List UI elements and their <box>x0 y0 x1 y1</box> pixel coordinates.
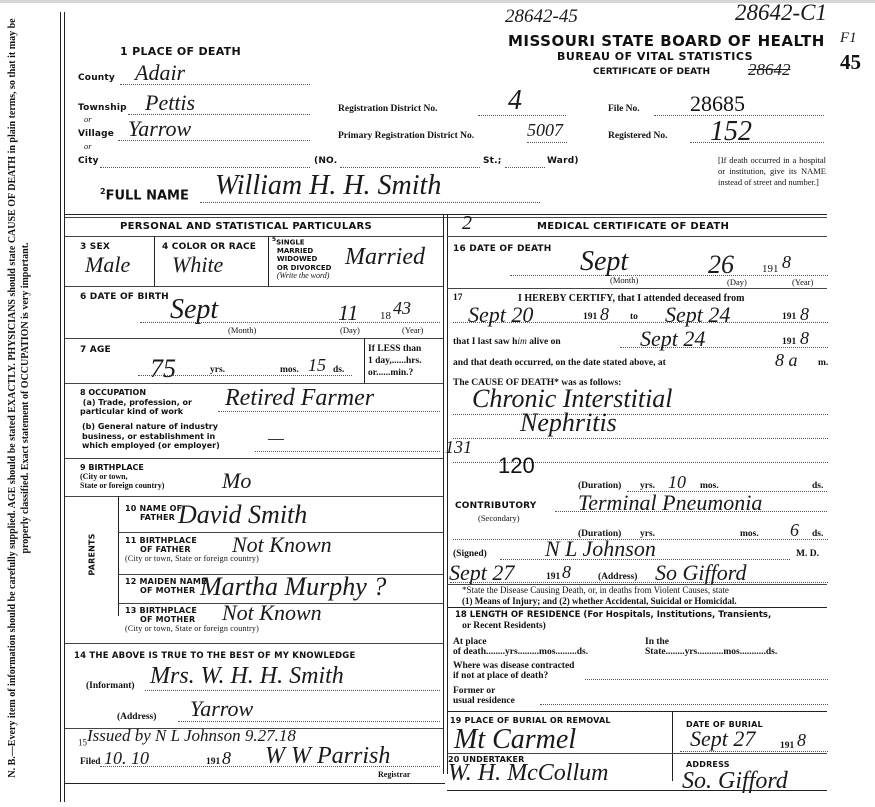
min-text: or......min.? <box>368 368 413 378</box>
race-value: White <box>172 252 223 278</box>
last-saw-label: that I last saw him alive on <box>453 337 561 347</box>
contrib-duration-mos: mos. <box>740 529 759 539</box>
burial-date-value: Sept 27 <box>690 726 755 752</box>
in-the-state: In theState........yrs...........mos....… <box>645 637 777 657</box>
burial-year: 8 <box>797 730 806 751</box>
mother-bp-1: 13 BIRTHPLACE <box>125 606 197 615</box>
divider <box>447 711 827 712</box>
informant-address-value: Yarrow <box>190 696 253 722</box>
death-time: 8 a <box>775 350 798 371</box>
undertaker-value: W. H. McCollum <box>448 760 608 787</box>
file-number-value: 28685 <box>690 91 745 117</box>
divider <box>447 288 827 289</box>
hospital-note: [If death occurred in a hospital or inst… <box>718 155 826 188</box>
informant-line <box>145 690 440 691</box>
city-line <box>100 167 310 168</box>
md-label: M. D. <box>796 549 819 559</box>
contrib-duration-ds: ds. <box>812 529 823 539</box>
ward-label: Ward) <box>547 156 579 166</box>
certify-number: 17 <box>453 293 463 303</box>
age-days: 15 <box>308 355 326 376</box>
residence-label: 18 LENGTH OF RESIDENCE (For Hospitals, I… <box>455 610 771 632</box>
mother-name-label: 12 MAIDEN NAME OF MOTHER <box>125 577 207 595</box>
former-residence: Former orusual residence <box>453 686 515 706</box>
registration-district-label: Registration District No. <box>338 104 437 114</box>
street-label: St.; <box>483 156 502 166</box>
burial-place-value: Mt Carmel <box>454 724 576 756</box>
struck-number: 28642 <box>748 60 791 80</box>
contributory-value: Terminal Pneumonia <box>578 490 762 516</box>
where-contracted: Where was disease contractedif not at pl… <box>453 661 574 681</box>
mother-label-2: OF MOTHER <box>140 586 195 595</box>
option-married: MARRIED <box>277 247 313 255</box>
divider <box>364 338 365 383</box>
signed-label: (Signed) <box>453 549 487 559</box>
signed-year-prefix: 191 <box>546 572 560 582</box>
registrar-signature: W W Parrish <box>265 743 390 770</box>
corner-number: 45 <box>840 50 861 75</box>
last-saw-text: that I last saw h <box>453 337 517 347</box>
cause-footnote: *State the Disease Causing Death, or, in… <box>462 585 737 606</box>
option-single: SINGLE <box>276 238 305 246</box>
township-value: Pettis <box>145 90 195 116</box>
death-date-label: 16 DATE OF DEATH <box>453 244 552 254</box>
medical-heading: MEDICAL CERTIFICATE OF DEATH <box>537 221 729 232</box>
mother-label-1: 12 MAIDEN NAME <box>125 577 207 586</box>
divider <box>268 236 269 286</box>
option-widowed: WIDOWED <box>277 255 317 263</box>
divider <box>65 236 443 237</box>
full-name-text: FULL NAME <box>106 188 189 203</box>
death-date-year: 8 <box>782 252 791 273</box>
attended-from: Sept 20 <box>468 302 533 328</box>
death-occurred-text: and that death occurred, on the date sta… <box>453 358 666 368</box>
main-top-border <box>65 214 827 215</box>
county-value: Adair <box>135 60 185 86</box>
dob-year-prefix: 18 <box>380 310 391 322</box>
attended-from-year: 8 <box>600 304 609 325</box>
death-date-day: 26 <box>708 250 734 280</box>
informant-address-label: (Address) <box>117 712 156 722</box>
attended-from-year-prefix: 191 <box>583 312 597 322</box>
year-caption: (Year) <box>792 277 813 287</box>
physician-address-label: (Address) <box>598 572 637 582</box>
physician-signature: N L Johnson <box>545 536 656 562</box>
contracted-2: if not at place of death? <box>453 671 548 681</box>
full-name-value: William H. H. Smith <box>215 170 441 202</box>
mother-bp-2: OF MOTHER <box>140 615 195 624</box>
divider <box>65 383 443 384</box>
death-year-prefix: 191 <box>762 263 779 275</box>
center-divider-2 <box>447 214 448 774</box>
footnote-line-1: *State the Disease Causing Death, or, in… <box>462 585 729 595</box>
last-saw-date: Sept 24 <box>640 326 705 352</box>
full-name-line <box>200 202 540 203</box>
file-number-label: File No. <box>608 104 640 114</box>
at-place-1: At place <box>453 637 487 647</box>
day-caption: (Day) <box>727 277 747 287</box>
signed-year: 8 <box>562 562 571 583</box>
cause-code-1: 131 <box>445 437 472 458</box>
street-number-label: (NO. <box>314 156 337 166</box>
registered-number-label: Registered No. <box>608 131 667 141</box>
divider <box>65 286 443 287</box>
mos-label: mos. <box>280 365 299 375</box>
margin-instructions: N. B.—Every item of information should b… <box>6 3 32 793</box>
occupation-label: 8 OCCUPATION (a) Trade, profession, orpa… <box>80 388 192 417</box>
race-label: 4 COLOR OR RACE <box>162 242 256 252</box>
divider <box>118 496 119 616</box>
less-than-text: If LESS than <box>368 344 421 354</box>
mother-birthplace-value: Not Known <box>222 600 322 626</box>
alive-on-text: alive on <box>529 337 560 347</box>
registration-district-value: 4 <box>508 85 522 117</box>
place-of-death-heading: 1 PLACE OF DEATH <box>120 45 241 58</box>
death-date-month: Sept <box>580 246 628 278</box>
last-saw-him: im <box>517 337 527 347</box>
sex-label: 3 SEX <box>80 242 110 252</box>
divider <box>154 236 155 286</box>
father-birthplace-value: Not Known <box>232 532 332 558</box>
left-border-inner <box>64 12 65 802</box>
birthplace-sub1: (City or town, <box>80 472 128 481</box>
handwritten-ref-1: 28642-45 <box>505 6 578 28</box>
document-subtitle: BUREAU OF VITAL STATISTICS <box>557 50 753 63</box>
primary-registration-line <box>527 142 567 143</box>
former-2: usual residence <box>453 696 515 706</box>
residence-line-1: 18 LENGTH OF RESIDENCE (For Hospitals, I… <box>455 610 771 620</box>
father-bp-1: 11 BIRTHPLACE <box>125 536 197 545</box>
contracted-1: Where was disease contracted <box>453 661 574 671</box>
age-years: 75 <box>150 354 176 384</box>
in-state-1: In the <box>645 637 669 647</box>
last-saw-year: 8 <box>800 328 809 349</box>
filed-label: Filed <box>80 757 101 767</box>
hrs-text: 1 day,......hrs. <box>368 356 422 366</box>
cause-line-1 <box>453 414 828 415</box>
divider <box>447 607 827 608</box>
occupation-a2: particular kind of work <box>80 407 183 416</box>
village-label: Village <box>78 129 114 139</box>
father-label-1: 10 NAME OF <box>125 504 182 513</box>
ward-line <box>505 167 545 168</box>
bottom-border <box>447 790 827 791</box>
dob-month: Sept <box>170 294 218 326</box>
personal-heading: PERSONAL AND STATISTICAL PARTICULARS <box>120 221 372 232</box>
divider <box>447 236 827 237</box>
at-place-of-death: At placeof death........yrs.........mos.… <box>453 637 588 657</box>
marital-value: Married <box>345 244 425 271</box>
medical-mark: 2 <box>462 212 472 235</box>
cause-primary-line2: Nephritis <box>520 408 617 438</box>
former-1: Former or <box>453 686 495 696</box>
day-caption: (Day) <box>340 325 360 335</box>
burial-year-prefix: 191 <box>780 741 794 751</box>
age-label: 7 AGE <box>80 345 111 355</box>
signed-date-line <box>450 582 828 583</box>
footnote-line-2: (1) Means of Injury; and (2) whether Acc… <box>462 596 737 606</box>
township-label: Township <box>78 103 127 113</box>
last-saw-year-prefix: 191 <box>782 337 796 347</box>
issued-note: 15Issued by N L Johnson 9.27.18 <box>78 726 296 747</box>
bottom-border <box>65 783 445 784</box>
dob-day: 11 <box>338 300 358 326</box>
month-caption: (Month) <box>228 325 256 335</box>
birthplace-title: 9 BIRTHPLACE <box>80 463 144 472</box>
father-label-2: FATHER <box>140 513 175 522</box>
occupation-value: Retired Farmer <box>225 385 374 412</box>
cause-code-2: 120 <box>498 453 535 479</box>
former-residence-line <box>540 704 828 705</box>
divider <box>65 643 443 644</box>
document-title: MISSOURI STATE BOARD OF HEALTH <box>508 32 825 50</box>
dob-label: 6 DATE OF BIRTH <box>80 292 169 302</box>
less-than-day: If LESS than1 day,......hrs.or......min.… <box>368 343 422 379</box>
attended-to-year: 8 <box>800 304 809 325</box>
industry-b2: business, or establishment in <box>82 432 215 441</box>
or-label: or <box>84 141 92 151</box>
industry-line <box>255 451 440 452</box>
divider <box>447 753 827 754</box>
attended-to: Sept 24 <box>665 302 730 328</box>
county-label: County <box>78 73 115 83</box>
yrs-label: yrs. <box>210 365 225 375</box>
birthplace-label: 9 BIRTHPLACE(City or town,State or forei… <box>80 463 164 490</box>
left-border <box>60 12 61 802</box>
certificate-title: CERTIFICATE OF DEATH <box>593 67 710 77</box>
at-place-2: of death........yrs.........mos.........… <box>453 647 588 657</box>
registrar-label: Registrar <box>378 770 410 779</box>
registered-number-value: 152 <box>710 116 752 148</box>
father-name-label: 10 NAME OF FATHER <box>125 504 182 522</box>
sex-value: Male <box>85 252 130 278</box>
duration-ds-label: ds. <box>812 481 823 491</box>
to-label: to <box>630 312 638 322</box>
birthplace-sub2: State or foreign country) <box>80 481 164 490</box>
industry-label: (b) General nature of industrybusiness, … <box>82 422 220 451</box>
year-caption: (Year) <box>402 325 423 335</box>
cause-line-2 <box>453 438 828 439</box>
primary-registration-label: Primary Registration District No. <box>338 131 474 141</box>
field-number: 15 <box>78 737 87 747</box>
informant-value: Mrs. W. H. H. Smith <box>150 663 344 690</box>
contributory-label: CONTRIBUTORY <box>455 501 537 511</box>
corner-mark: F1 <box>840 30 857 47</box>
village-value: Yarrow <box>128 116 191 142</box>
or-label: or <box>84 114 92 124</box>
mother-name-value: Martha Murphy ? <box>200 572 386 602</box>
center-divider <box>443 214 444 774</box>
registration-district-line <box>478 115 566 116</box>
father-bp-2: OF FATHER <box>140 545 191 554</box>
residence-line-2: or Recent Residents) <box>462 621 546 631</box>
dob-year: 43 <box>393 298 411 319</box>
main-top-border-2 <box>65 217 827 218</box>
primary-registration-value: 5007 <box>527 120 563 141</box>
occupation-a: (a) Trade, profession, or <box>83 398 192 407</box>
attended-to-year-prefix: 191 <box>782 312 796 322</box>
industry-b3: which employed (or employer) <box>82 441 220 450</box>
father-name-value: David Smith <box>178 500 307 530</box>
month-caption: (Month) <box>610 275 638 285</box>
contracted-line <box>585 679 828 680</box>
handwritten-ref-2: 28642-C1 <box>735 0 827 26</box>
full-name-label: 2FULL NAME <box>100 187 189 203</box>
marital-options: 5SINGLE MARRIED WIDOWED OR DIVORCED (Wri… <box>272 236 331 281</box>
parents-label: PARENTS <box>88 529 97 581</box>
contrib-duration-days: 6 <box>790 520 799 541</box>
marital-hint: (Write the word) <box>277 271 330 280</box>
death-date-line <box>510 275 828 276</box>
divider <box>672 711 673 781</box>
birthplace-value: Mo <box>222 468 251 494</box>
industry-b1: (b) General nature of industry <box>82 422 218 431</box>
informant-label: (Informant) <box>86 681 135 691</box>
divider <box>65 496 443 497</box>
secondary-label: (Secondary) <box>478 513 520 523</box>
informant-statement: 14 THE ABOVE IS TRUE TO THE BEST OF MY K… <box>74 651 355 661</box>
divider <box>65 458 443 459</box>
street-line <box>340 167 480 168</box>
divider <box>65 338 443 339</box>
m-label: m. <box>818 358 828 368</box>
industry-value: — <box>268 428 284 449</box>
city-label: City <box>78 156 99 166</box>
ds-label: ds. <box>333 365 344 375</box>
occupation-title: 8 OCCUPATION <box>80 388 146 397</box>
in-state-2: State........yrs...........mos..........… <box>645 647 777 657</box>
